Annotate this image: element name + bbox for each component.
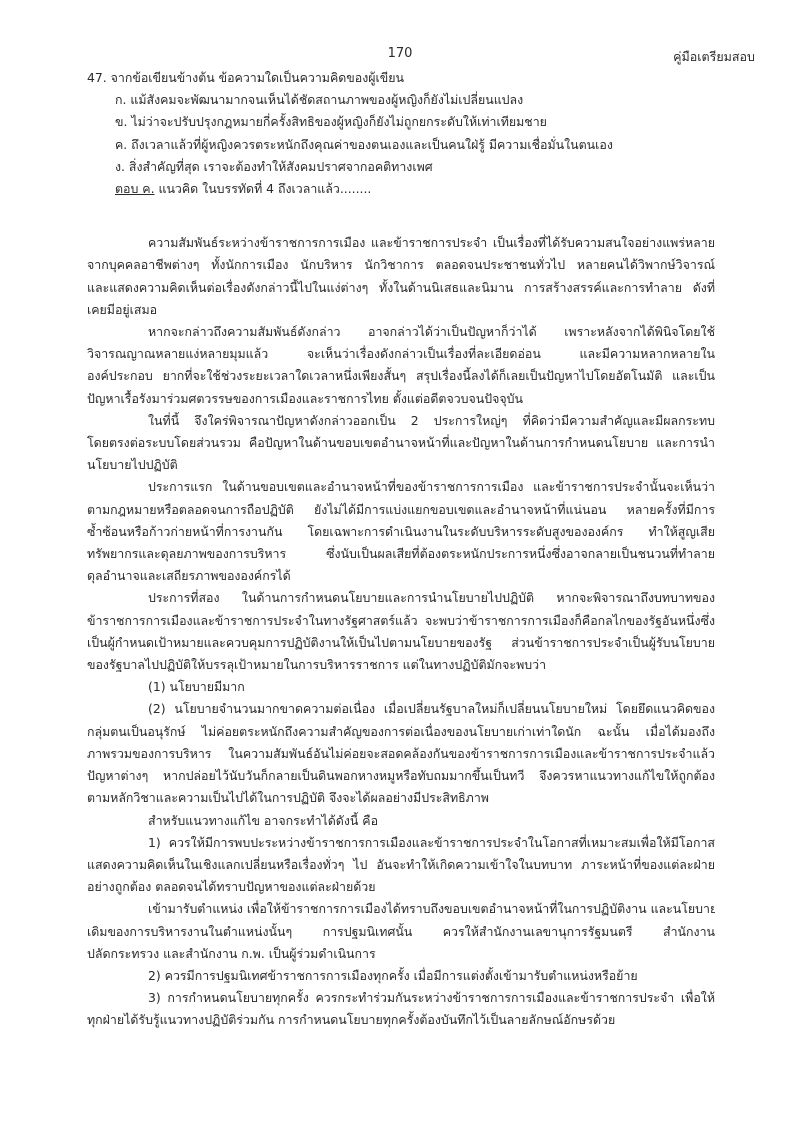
- passage-line: วิจารณญาณหลายแง่หลายมุมแล้ว จะเห็นว่าเรื…: [87, 343, 715, 365]
- passage-line: 1) ควรให้มีการพบปะระหว่างข้าราชการการเมื…: [87, 832, 715, 854]
- passage-line: แสดงความคิดเห็นในเชิงแลกเปลี่ยนหรือเรื่อ…: [87, 854, 715, 876]
- passage-line: เดิมของการบริหารงานในตำแหน่งนั้นๆ การปฐม…: [87, 921, 715, 943]
- passage-line: 2) ควรมีการปฐมนิเทศข้าราชการการเมืองทุกค…: [87, 965, 715, 987]
- answer-line: ตอบ ค. แนวคิด ในบรรทัดที่ 4 ถึงเวลาแล้ว.…: [87, 178, 715, 200]
- passage-line: ภาพรวมของการบริหาร ในความสัมพันธ์อันไม่ค…: [87, 743, 715, 765]
- passage-line: ความสัมพันธ์ระหว่างข้าราชการการเมือง และ…: [87, 232, 715, 254]
- section-gap: [87, 200, 715, 232]
- passage-line: สำหรับแนวทางแก้ไข อาจกระทำได้ดังนี้ คือ: [87, 810, 715, 832]
- passage: ความสัมพันธ์ระหว่างข้าราชการการเมือง และ…: [87, 232, 715, 1031]
- passage-line: ตามกฎหมายหรือตลอดจนการถือปฏิบัติ ยังไม่ไ…: [87, 499, 715, 521]
- page-content: 47. จากข้อเขียนข้างต้น ข้อความใดเป็นความ…: [87, 67, 715, 1032]
- passage-line: นโยบายไปปฏิบัติ: [87, 454, 715, 476]
- passage-line: ปัญหาเรื้อรังมาร่วมศตวรรษของการเมืองและร…: [87, 388, 715, 410]
- question-stem: 47. จากข้อเขียนข้างต้น ข้อความใดเป็นความ…: [87, 67, 715, 89]
- answer-label: ตอบ ค.: [115, 181, 155, 196]
- choice-c: ค. ถึงเวลาแล้วที่ผู้หญิงควรตระหนักถึงคุณ…: [87, 134, 715, 156]
- running-header: คู่มือเตรียมสอบ: [673, 48, 755, 66]
- passage-line: โดยตรงต่อระบบโดยส่วนรวม คือปัญหาในด้านขอ…: [87, 432, 715, 454]
- passage-line: องค์ประกอบ ยากที่จะใช้ช่วงระยะเวลาใดเวลา…: [87, 365, 715, 387]
- passage-line: ซ้ำซ้อนหรือก้าวก่ายหน้าที่การงานกัน โดยเ…: [87, 521, 715, 543]
- passage-line: ประการแรก ในด้านขอบเขตและอำนาจหน้าที่ของ…: [87, 476, 715, 498]
- passage-line: (1) นโยบายมีมาก: [87, 676, 715, 698]
- passage-line: (2) นโยบายจำนวนมากขาดความต่อเนื่อง เมื่อ…: [87, 698, 715, 720]
- passage-line: ทรัพยากรและดุลยภาพของการบริหาร ซึ่งนับเป…: [87, 543, 715, 565]
- passage-line: ตามหลักวิชาและความเป็นไปได้ในการปฏิบัติ …: [87, 787, 715, 809]
- passage-line: เคยมีอยู่เสมอ: [87, 299, 715, 321]
- passage-line: หากจะกล่าวถึงความสัมพันธ์ดังกล่าว อาจกล่…: [87, 321, 715, 343]
- passage-line: กลุ่มตนเป็นอนุรักษ์ ไม่ค่อยตระหนักถึงควา…: [87, 721, 715, 743]
- passage-line: จากบุคคลอาชีพต่างๆ ทั้งนักการเมือง นักบร…: [87, 254, 715, 276]
- passage-line: ปัญหาต่างๆ หากปล่อยไว้นับวันก็กลายเป็นดิ…: [87, 765, 715, 787]
- passage-line: ประการที่สอง ในด้านการกำหนดนโยบายและการน…: [87, 587, 715, 609]
- passage-line: และแสดงความคิดเห็นต่อเรื่องดังกล่าวนี้ไป…: [87, 277, 715, 299]
- passage-line: เป็นผู้กำหนดเป้าหมายและควบคุมการปฏิบัติง…: [87, 632, 715, 654]
- answer-explanation: แนวคิด ในบรรทัดที่ 4 ถึงเวลาแล้ว........: [155, 181, 372, 196]
- choice-d: ง. สิ่งสำคัญที่สุด เราจะต้องทำให้สังคมปร…: [87, 156, 715, 178]
- choice-a: ก. แม้สังคมจะพัฒนามากจนเห็นได้ชัดสถานภาพ…: [87, 89, 715, 111]
- passage-line: ข้าราชการการเมืองและข้าราชการประจำในทางร…: [87, 610, 715, 632]
- passage-line: ของรัฐบาลไปปฏิบัติให้บรรลุเป้าหมายในการบ…: [87, 654, 715, 676]
- choice-b: ข. ไม่ว่าจะปรับปรุงกฎหมายกี่ครั้งสิทธิขอ…: [87, 111, 715, 133]
- passage-line: อย่างถูกต้อง ตลอดจนได้ทราบปัญหาของแต่ละฝ…: [87, 876, 715, 898]
- passage-line: เข้ามารับตำแหน่ง เพื่อให้ข้าราชการการเมื…: [87, 898, 715, 920]
- passage-line: 3) การกำหนดนโยบายทุกครั้ง ควรกระทำร่วมกั…: [87, 987, 715, 1009]
- passage-line: ปลัดกระทรวง และสำนักงาน ก.พ. เป็นผู้ร่วม…: [87, 943, 715, 965]
- passage-line: ทุกฝ่ายได้รับรู้แนวทางปฏิบัติร่วมกัน การ…: [87, 1009, 715, 1031]
- passage-line: ในที่นี้ จึงใคร่พิจารณาปัญหาดังกล่าวออกเ…: [87, 410, 715, 432]
- passage-line: ดุลอำนาจและเสถียรภาพขององค์กรได้: [87, 565, 715, 587]
